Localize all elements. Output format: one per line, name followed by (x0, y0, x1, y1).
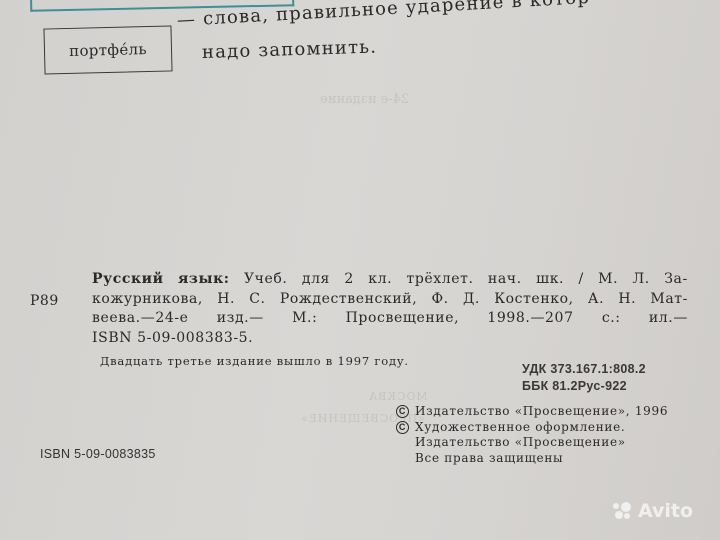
biblio-word: Н. (618, 290, 636, 310)
copyright-line-3: Издательство «Просвещение» (415, 435, 626, 451)
edition-note: Двадцать третье издание вышло в 1997 год… (100, 354, 409, 368)
library-code: Р89 (30, 293, 59, 309)
biblio-word: Л. (633, 270, 650, 290)
bibliographic-record: Русскийязык:Учеб.для2кл.трёхлет.нач.шк./… (92, 270, 688, 348)
example-word-box: портфе́ль (43, 25, 172, 74)
copyright-line-1: Издательство «Просвещение», 1996 (415, 404, 668, 420)
biblio-word: для (302, 270, 330, 290)
biblio-word: ил.— (649, 309, 688, 329)
biblio-word: 2 (344, 270, 354, 290)
copyright-line-2: Художественное оформление. (415, 420, 625, 436)
biblio-word: М.: (292, 309, 317, 329)
isbn-footer: ISBN 5-09-0083835 (40, 447, 156, 461)
biblio-word: Костенко, (494, 290, 574, 310)
biblio-word: ISBN 5-09-008383-5. (92, 329, 253, 349)
biblio-line-4: ISBN 5-09-008383-5. (92, 329, 688, 349)
biblio-word: 1998.—207 (487, 309, 573, 329)
biblio-word: кожурникова, (92, 290, 203, 310)
bleed-through-city: МОСКВА (368, 390, 428, 403)
biblio-word: нач. (488, 270, 522, 290)
biblio-word: с.: (602, 309, 621, 329)
book-imprint-page: портфе́ль — слова, правильное ударение в… (0, 0, 720, 540)
biblio-word: Ф. (431, 290, 448, 310)
avito-wordmark: Avito (638, 500, 693, 522)
biblio-word: изд.— (217, 309, 264, 329)
example-word: портфе́ль (69, 40, 147, 60)
bleed-through-edition: 24-е издание (320, 92, 409, 107)
biblio-line-1: Русскийязык:Учеб.для2кл.трёхлет.нач.шк./… (92, 270, 688, 290)
biblio-word: трёхлет. (407, 270, 474, 290)
biblio-word: За- (664, 270, 688, 290)
biblio-line-3: веева.—24-еизд.—М.:Просвещение,1998.—207… (92, 309, 688, 329)
biblio-word: Д. (463, 290, 480, 310)
biblio-word: шк. (536, 270, 564, 290)
biblio-word: Русский (92, 270, 164, 290)
biblio-word: Просвещение, (346, 309, 460, 329)
biblio-word: М. (598, 270, 618, 290)
avito-dots-icon (613, 502, 635, 520)
bbk-code: ББК 81.2Рус-922 (522, 378, 646, 395)
biblio-word: веева.—24-е (92, 309, 189, 329)
biblio-word: Н. (217, 290, 235, 310)
copyright-line-4: Все права защищены (415, 451, 563, 467)
classification-block: УДК 373.167.1:808.2 ББК 81.2Рус-922 (522, 361, 646, 395)
biblio-word: кл. (368, 270, 392, 290)
copyright-icon: C (396, 421, 409, 434)
biblio-line-2: кожурникова,Н.С.Рождественский,Ф.Д.Косте… (92, 290, 688, 310)
biblio-word: С. (249, 290, 265, 310)
biblio-word: язык: (178, 270, 230, 290)
biblio-word: Учеб. (244, 270, 288, 290)
avito-watermark: Avito (613, 500, 693, 522)
copyright-block: C Издательство «Просвещение», 1996 C Худ… (396, 404, 668, 466)
biblio-word: / (578, 270, 583, 290)
biblio-word: Мат- (650, 290, 688, 310)
biblio-word: Рождественский, (280, 290, 417, 310)
copyright-icon: C (396, 405, 409, 418)
definition-line-2: надо запомнить. (202, 37, 378, 63)
biblio-word: А. (588, 290, 604, 310)
udk-code: УДК 373.167.1:808.2 (522, 361, 646, 378)
